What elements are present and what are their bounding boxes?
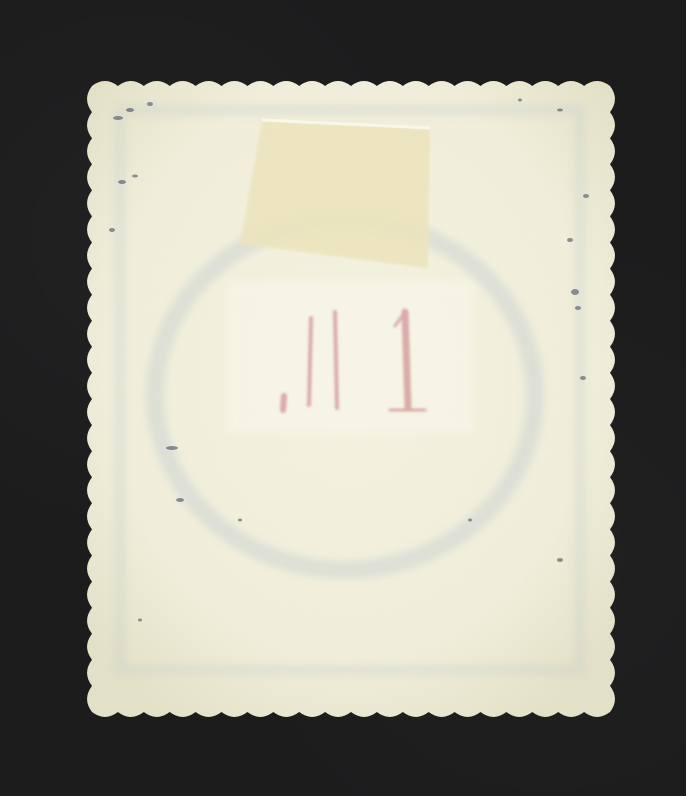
hinge-remnant bbox=[240, 120, 430, 268]
stamp-illustration bbox=[0, 0, 686, 796]
central-panel bbox=[228, 282, 474, 432]
stamp-photo bbox=[0, 0, 686, 796]
